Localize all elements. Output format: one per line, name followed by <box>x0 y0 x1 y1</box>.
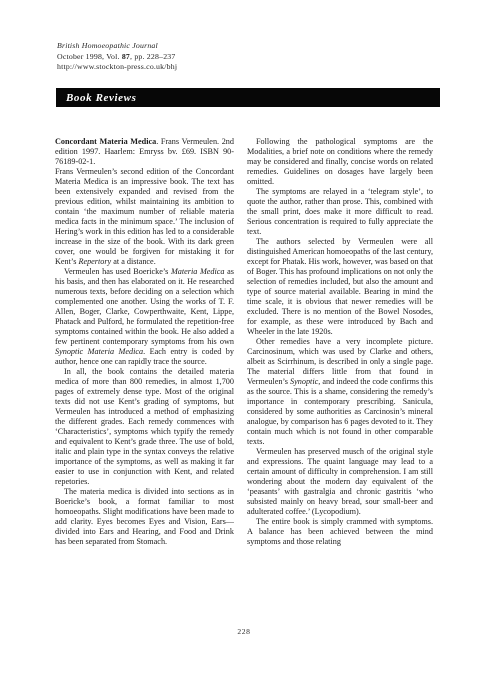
article-body: Concordant Materia Medica. Frans Vermeul… <box>55 137 433 547</box>
left-column: Concordant Materia Medica. Frans Vermeul… <box>55 137 234 547</box>
text-segment: Concordant Materia Medica <box>55 137 156 146</box>
journal-page: British Homoeopathic Journal October 199… <box>0 0 478 693</box>
paragraph: Vermeulen has preserved musch of the ori… <box>247 447 433 517</box>
text-segment: The materia medica is divided into secti… <box>55 487 234 546</box>
paragraph: The authors selected by Vermeulen were a… <box>247 237 433 337</box>
text-segment: as his basis, and then has elaborated on… <box>55 267 234 346</box>
text-segment: , and indeed the code confirms this as t… <box>247 377 433 446</box>
paragraph: Vermeulen has used Boericke’s Materia Me… <box>55 267 234 367</box>
text-segment: Frans Vermeulen’s second edition of the … <box>55 167 234 266</box>
text-segment: Vermeulen has preserved musch of the ori… <box>247 447 433 516</box>
text-segment: Vermeulen has used Boericke’s <box>64 267 171 276</box>
journal-header: British Homoeopathic Journal October 199… <box>57 41 177 73</box>
paragraph: Following the pathological symptoms are … <box>247 137 433 187</box>
text-segment: Repertory <box>78 257 111 266</box>
text-segment: The entire book is simply crammed with s… <box>247 517 433 546</box>
text-segment: 87 <box>122 52 130 61</box>
paragraph: The materia medica is divided into secti… <box>55 487 234 547</box>
paragraph: Concordant Materia Medica. Frans Vermeul… <box>55 137 234 167</box>
text-segment: In all, the book contains the detailed m… <box>55 367 234 486</box>
text-segment: Materia Medica <box>171 267 225 276</box>
paragraph: Other remedies have a very incomplete pi… <box>247 337 433 447</box>
journal-title: British Homoeopathic Journal <box>57 41 177 52</box>
section-banner-title: Book Reviews <box>56 92 136 104</box>
text-segment: at a distance. <box>111 257 156 266</box>
page-number: 228 <box>237 627 250 636</box>
text-segment: , pp. 228–237 <box>130 52 175 61</box>
text-segment: Following the pathological symptoms are … <box>247 137 433 186</box>
journal-url: http://www.stockton-press.co.uk/bhj <box>57 62 177 73</box>
text-segment: The authors selected by Vermeulen were a… <box>247 237 433 336</box>
right-column: Following the pathological symptoms are … <box>247 137 433 547</box>
text-segment: October 1998, Vol. <box>57 52 122 61</box>
section-banner: Book Reviews <box>56 88 440 107</box>
text-segment: Synoptic <box>290 377 318 386</box>
page-footer: 228 <box>55 621 433 639</box>
journal-issue-line: October 1998, Vol. 87, pp. 228–237 <box>57 52 177 63</box>
text-segment: The symptoms are relayed in a ‘telegram … <box>247 187 433 236</box>
text-segment: Synoptic Materia Medica <box>55 347 143 356</box>
paragraph: Frans Vermeulen’s second edition of the … <box>55 167 234 267</box>
paragraph: In all, the book contains the detailed m… <box>55 367 234 487</box>
paragraph: The entire book is simply crammed with s… <box>247 517 433 547</box>
paragraph: The symptoms are relayed in a ‘telegram … <box>247 187 433 237</box>
